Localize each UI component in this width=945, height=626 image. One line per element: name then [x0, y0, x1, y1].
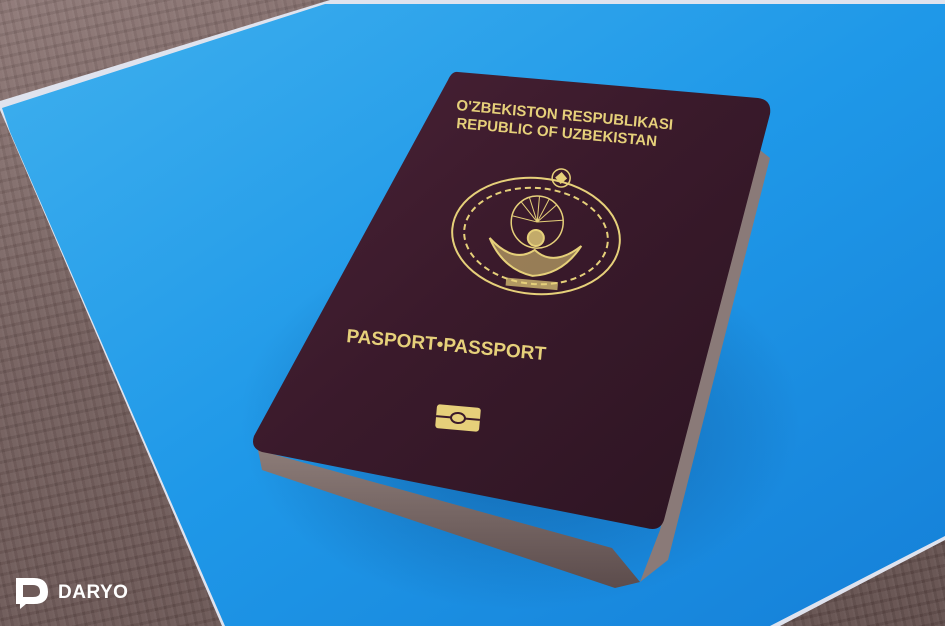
daryo-logo-icon	[14, 576, 50, 610]
watermark: DARYO	[14, 576, 128, 610]
biometric-chip-icon	[435, 404, 481, 432]
photo-illustration: O'ZBEKISTON RESPUBLIKASI REPUBLIC OF UZB…	[0, 0, 945, 626]
photo-scene: O'ZBEKISTON RESPUBLIKASI REPUBLIC OF UZB…	[0, 0, 945, 626]
watermark-brand: DARYO	[58, 582, 128, 604]
